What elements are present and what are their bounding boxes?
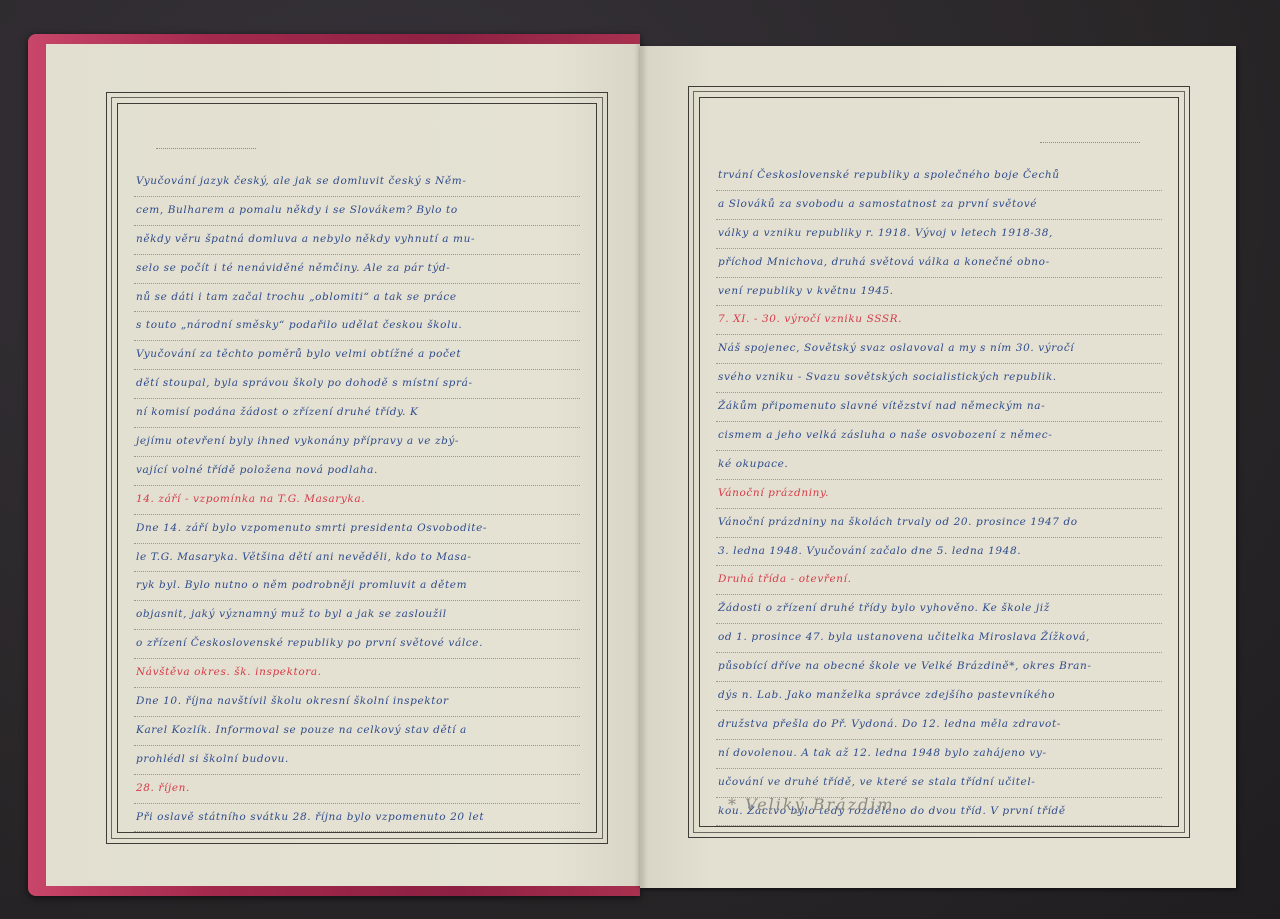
section-heading: Vánoční prázdniny.	[716, 480, 1162, 509]
text-line: dýs n. Lab. Jako manželka správce zdejší…	[716, 682, 1162, 711]
text-line: Dne 14. září bylo vzpomenuto smrti presi…	[134, 515, 580, 544]
text-line: Vyučování jazyk český, ale jak se domluv…	[134, 168, 580, 197]
section-heading: 7. XI. - 30. výročí vzniku SSSR.	[716, 306, 1162, 335]
section-heading: Návštěva okres. šk. inspektora.	[134, 659, 580, 688]
text-line: vení republiky v květnu 1945.	[716, 278, 1162, 307]
text-line: ké okupace.	[716, 451, 1162, 480]
text-line: Při oslavě státního svátku 28. října byl…	[134, 804, 580, 833]
text-line: nů se dáti i tam začal trochu „oblomiti“…	[134, 284, 580, 313]
text-line: někdy věru špatná domluva a nebylo někdy…	[134, 226, 580, 255]
text-line: Karel Kozlík. Informoval se pouze na cel…	[134, 717, 580, 746]
text-line: družstva přešla do Př. Vydoná. Do 12. le…	[716, 711, 1162, 740]
text-line: příchod Mnichova, druhá světová válka a …	[716, 249, 1162, 278]
text-line: le T.G. Masaryka. Většina dětí ani nevěd…	[134, 544, 580, 573]
frame-inner-rule: Vyučování jazyk český, ale jak se domluv…	[117, 103, 597, 833]
text-line: od 1. prosince 47. byla ustanovena učite…	[716, 624, 1162, 653]
text-line: jejímu otevření byly ihned vykonány příp…	[134, 428, 580, 457]
header-dotted-line	[156, 148, 256, 149]
right-page: trvání Československé republiky a společ…	[640, 46, 1236, 888]
text-line: prohlédl si školní budovu.	[134, 746, 580, 775]
text-line: objasnit, jaký významný muž to byl a jak…	[134, 601, 580, 630]
text-line: Dne 10. října navštívil školu okresní šk…	[134, 688, 580, 717]
book-spine	[634, 44, 648, 888]
header-dotted-line	[1040, 142, 1140, 143]
left-page-frame: Vyučování jazyk český, ale jak se domluv…	[106, 92, 608, 844]
section-heading: Druhá třída - otevření.	[716, 566, 1162, 595]
section-heading: 28. říjen.	[134, 775, 580, 804]
text-line: vající volné třídě položena nová podlaha…	[134, 457, 580, 486]
text-line: ryk byl. Bylo nutno o něm podrobněji pro…	[134, 572, 580, 601]
text-line: Vyučování za těchto poměrů bylo velmi ob…	[134, 341, 580, 370]
text-line: ní dovolenou. A tak až 12. ledna 1948 by…	[716, 740, 1162, 769]
left-page-text: Vyučování jazyk český, ale jak se domluv…	[134, 168, 580, 832]
text-line: selo se počít i té nenáviděné němčiny. A…	[134, 255, 580, 284]
text-line: Žádosti o zřízení druhé třídy bylo vyhov…	[716, 595, 1162, 624]
frame-inner-rule: trvání Československé republiky a společ…	[699, 97, 1179, 827]
text-line: působící dříve na obecné škole ve Velké …	[716, 653, 1162, 682]
text-line: trvání Československé republiky a společ…	[716, 162, 1162, 191]
right-page-text: trvání Československé republiky a společ…	[716, 162, 1162, 826]
text-line: cem, Bulharem a pomalu někdy i se Slovák…	[134, 197, 580, 226]
text-line: Žákům připomenuto slavné vítězství nad n…	[716, 393, 1162, 422]
text-line: války a vzniku republiky r. 1918. Vývoj …	[716, 220, 1162, 249]
text-line: a Slováků za svobodu a samostatnost za p…	[716, 191, 1162, 220]
text-line: svého vzniku - Svazu sovětských socialis…	[716, 364, 1162, 393]
pencil-annotation: * Veliký Brázdim	[728, 795, 895, 814]
right-page-frame: trvání Československé republiky a společ…	[688, 86, 1190, 838]
text-line: dětí stoupal, byla správou školy po doho…	[134, 370, 580, 399]
text-line: ní komisí podána žádost o zřízení druhé …	[134, 399, 580, 428]
section-heading: 14. září - vzpomínka na T.G. Masaryka.	[134, 486, 580, 515]
text-line: s touto „národní směsky“ podařilo udělat…	[134, 312, 580, 341]
text-line: cismem a jeho velká zásluha o naše osvob…	[716, 422, 1162, 451]
text-line: 3. ledna 1948. Vyučování začalo dne 5. l…	[716, 538, 1162, 567]
text-line: o zřízení Československé republiky po pr…	[134, 630, 580, 659]
left-page: Vyučování jazyk český, ale jak se domluv…	[46, 44, 640, 886]
text-line: Vánoční prázdniny na školách trvaly od 2…	[716, 509, 1162, 538]
text-line: Náš spojenec, Sovětský svaz oslavoval a …	[716, 335, 1162, 364]
text-line: učování ve druhé třídě, ve které se stal…	[716, 769, 1162, 798]
